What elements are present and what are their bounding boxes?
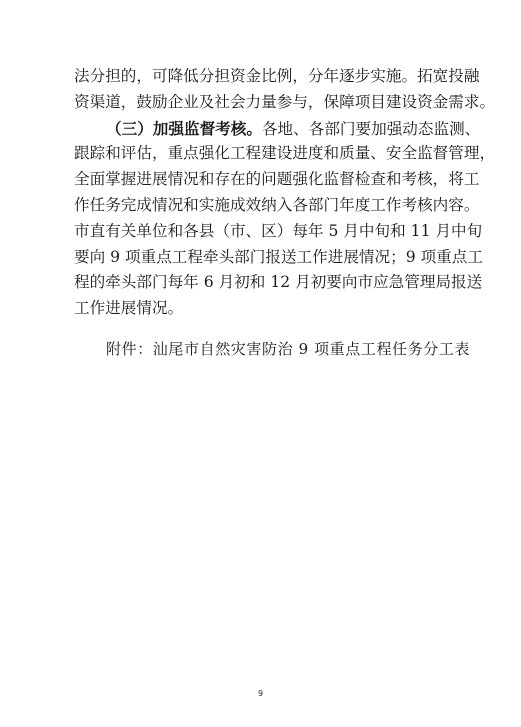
paragraph-line: 作任务完成情况和实施成效纳入各部门年度工作考核内容。 [74,193,442,219]
page-number: 9 [0,689,521,698]
paragraph-line: 法分担的，可降低分担资金比例，分年逐步实施。拓宽投融 [74,64,442,90]
paragraph-line: 工作进展情况。 [74,296,442,322]
body-text: 法分担的，可降低分担资金比例，分年逐步实施。拓宽投融 资渠道，鼓励企业及社会力量… [74,64,442,322]
paragraph-line: 程的牵头部门每年 6 月初和 12 月初要向市应急管理局报送 [74,270,442,296]
section-heading-line: （三）加强监督考核。各地、各部门要加强动态监测、 [74,116,442,142]
paragraph-text: 各地、各部门要加强动态监测、 [262,120,480,138]
section-heading: （三）加强监督考核。 [106,119,262,138]
document-page: 法分担的，可降低分担资金比例，分年逐步实施。拓宽投融 资渠道，鼓励企业及社会力量… [0,0,521,727]
paragraph-line: 全面掌握进展情况和存在的问题强化监督检查和考核，将工 [74,167,442,193]
paragraph-line: 市直有关单位和各县（市、区）每年 5 月中旬和 11 月中旬 [74,219,442,245]
attachment-note: 附件：汕尾市自然灾害防治 9 项重点工程任务分工表 [106,339,470,359]
paragraph-line: 资渠道，鼓励企业及社会力量参与，保障项目建设资金需求。 [74,90,442,116]
paragraph-line: 要向 9 项重点工程牵头部门报送工作进展情况；9 项重点工 [74,245,442,271]
paragraph-line: 跟踪和评估，重点强化工程建设进度和质量、安全监督管理， [74,141,442,167]
